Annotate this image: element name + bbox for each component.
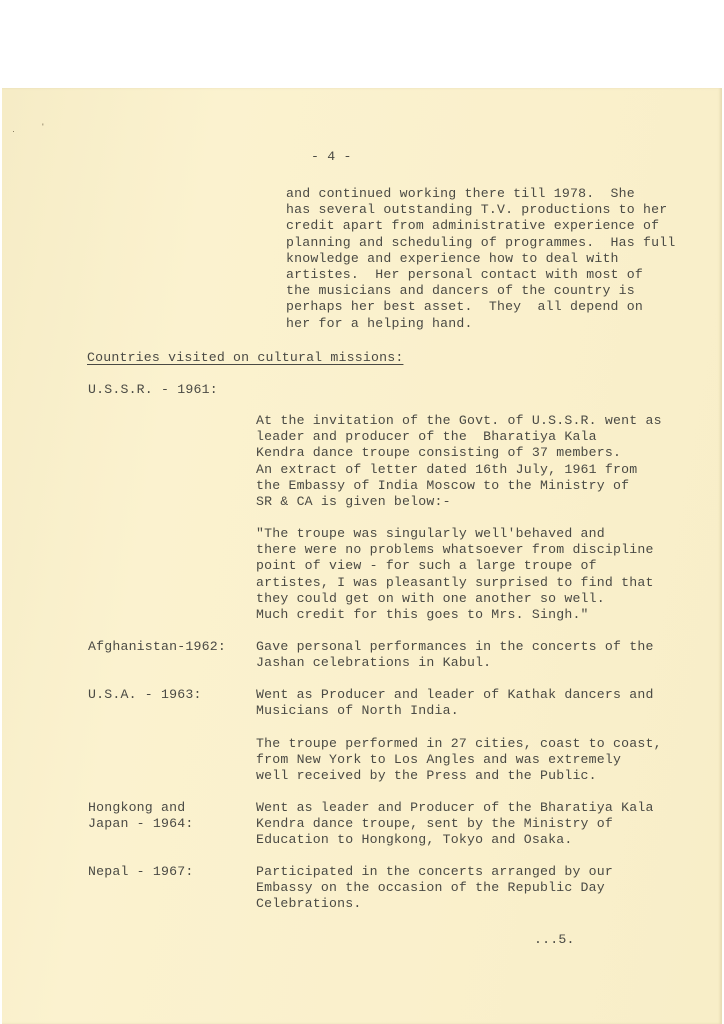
mission-text-usa-1963: Went as Producer and leader of Kathak da…	[256, 687, 654, 719]
continued-paragraph: and continued working there till 1978. S…	[286, 186, 675, 332]
mission-text-afghanistan-1962: Gave personal performances in the concer…	[256, 639, 654, 671]
continuation-marker: ...5.	[534, 932, 575, 948]
section-heading: Countries visited on cultural missions:	[87, 350, 403, 366]
paper-speck: ·	[12, 126, 15, 136]
page-number: - 4 -	[311, 149, 352, 165]
mission-label-ussr-1961: U.S.S.R. - 1961:	[88, 382, 218, 398]
mission-text-usa-1963-tour: The troupe performed in 27 cities, coast…	[256, 736, 662, 785]
mission-text-hongkong-japan-1964: Went as leader and Producer of the Bhara…	[256, 800, 654, 849]
mission-label-usa-1963: U.S.A. - 1963:	[88, 687, 202, 703]
embassy-letter-quote: "The troupe was singularly well'behaved …	[256, 526, 654, 623]
mission-label-hongkong-japan-1964: Hongkong and Japan - 1964:	[88, 800, 193, 832]
mission-text-ussr-1961: At the invitation of the Govt. of U.S.S.…	[256, 413, 662, 510]
mission-label-afghanistan-1962: Afghanistan-1962:	[88, 639, 226, 655]
mission-text-nepal-1967: Participated in the concerts arranged by…	[256, 864, 613, 913]
mission-label-nepal-1967: Nepal - 1967:	[88, 864, 193, 880]
paper-speck: '	[42, 122, 44, 132]
